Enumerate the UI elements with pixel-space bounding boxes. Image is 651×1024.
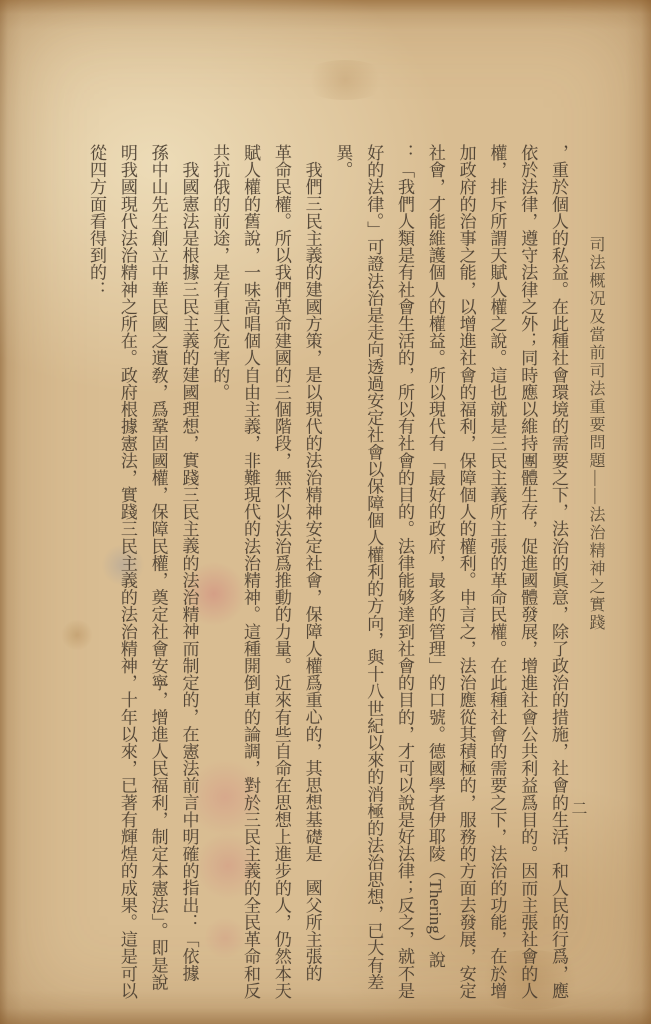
text-column: 加政府的治事之能，以增進社會的福利，保障個人的權利。申言之，法治應從其積極的，服…: [450, 144, 481, 1006]
text-column: 明我國現代法治精神之所在。政府根據憲法，實踐三民主義的法治精神，十年以來，已著有…: [111, 144, 142, 1006]
text-column: 權，排斥所謂天賦人權之說。這也就是三民主義所主張的革命民權。在此種社會的需要之下…: [481, 144, 512, 1006]
text-column: 革命民權。所以我們革命建國的三個階段，無不以法治爲推動的力量。近來有些自命在思想…: [265, 144, 296, 1006]
text-column: 社會，才能維護個人的權益。所以現代有「最好的政府，最多的管理」的口號。德國學者伊…: [419, 144, 450, 1006]
text-column: 異。: [327, 144, 358, 1006]
text-column: 好的法律。」可證法治是走向透過安定社會以保障個人權利的方向，與十八世紀以來的消極…: [357, 144, 388, 1006]
text-column: ，重於個人的私益。在此種社會環境的需要之下，法治的眞意，除了政治的措施，社會的生…: [542, 144, 573, 1006]
text-column: 從四方面看得到的：: [80, 144, 111, 1006]
scanned-page: 司法概况及當前司法重要問題——法治精神之實踐 二 ，重於個人的私益。在此種社會環…: [0, 0, 651, 1024]
text-column: 共抗俄的前途，是有重大危害的。: [203, 144, 234, 1006]
body-text: ，重於個人的私益。在此種社會環境的需要之下，法治的眞意，除了政治的措施，社會的生…: [79, 144, 573, 1006]
text-column paragraph-start: 我國憲法是根據三民主義的建國理想，實踐三民主義的法治精神而制定的，在憲法前言中明…: [173, 144, 204, 1006]
text-column: ：「我們人類是有社會生活的，所以有社會的目的。法律能够達到社會的目的，才可以說是…: [388, 144, 419, 1006]
text-column: 依於法律，遵守法律之外；同時應以維持團體生存，促進國體發展，增進社會公共利益爲目…: [511, 144, 542, 1006]
text-column: 賦人權的舊說，一味高唱個人自由主義，非難現代的法治精神。這種開倒車的論調，對於三…: [234, 144, 265, 1006]
running-title: 司法概况及當前司法重要問題——法治精神之實踐: [584, 236, 607, 666]
text-column paragraph-start: 我們三民主義的建國方策，是以現代的法治精神安定社會，保障人權爲重心的，其思想基礎…: [296, 144, 327, 1006]
text-column: 孫中山先生創立中華民國之遺敎，爲鞏固國權，保障民權，奠定社會安寧，增進人民福利，…: [142, 144, 173, 1006]
